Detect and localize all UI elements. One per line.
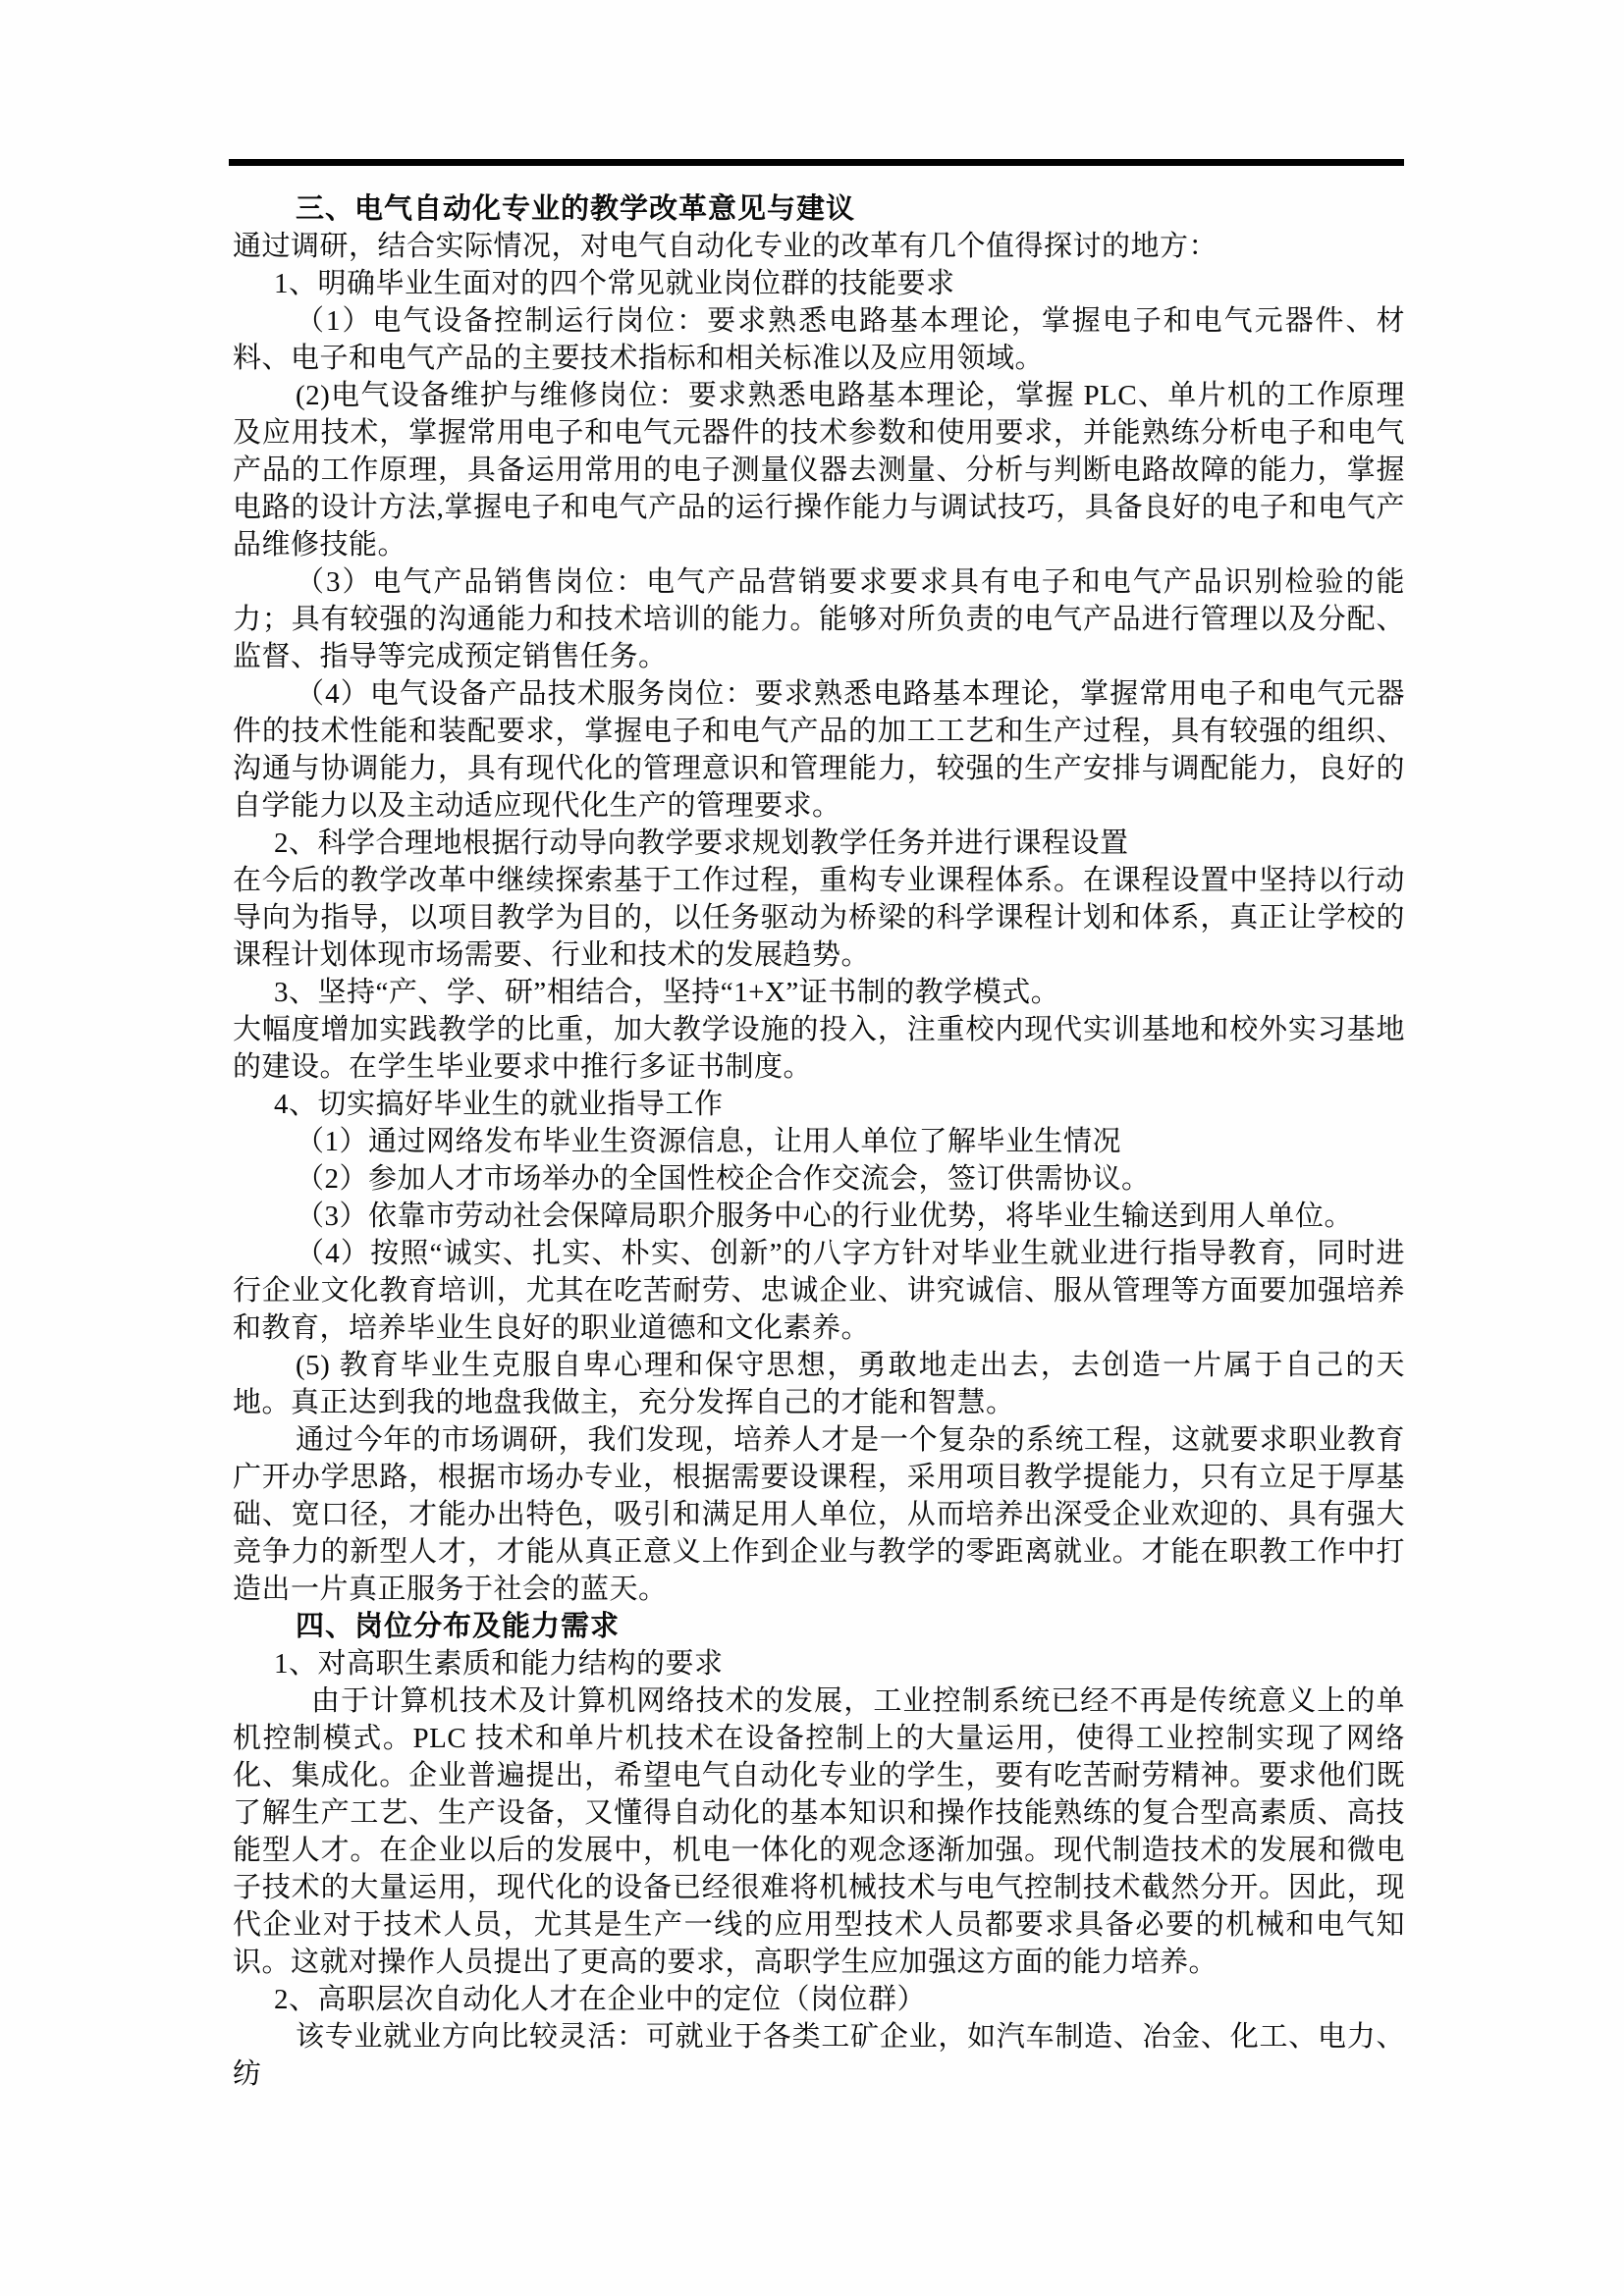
section-3-heading: 三、电气自动化专业的教学改革意见与建议: [233, 190, 1405, 228]
guidance-4-eight-principles: （4）按照“诚实、扎实、朴实、创新”的八字方针对毕业生就业进行指导教育，同时进行…: [233, 1235, 1405, 1347]
paragraph-industrial-control: 由于计算机技术及计算机网络技术的发展，工业控制系统已经不再是传统意义上的单机控制…: [233, 1682, 1405, 1981]
paragraph-employment-fields: 该专业就业方向比较灵活：可就业于各类工矿企业，如汽车制造、冶金、化工、电力、纺: [233, 2018, 1405, 2093]
section-4-heading: 四、岗位分布及能力需求: [233, 1608, 1405, 1645]
post-2-maintenance-repair: (2)电气设备维护与维修岗位：要求熟悉电路基本理论，掌握 PLC、单片机的工作原…: [233, 377, 1405, 563]
item-2-curriculum-planning: 2、科学合理地根据行动导向教学要求规划教学任务并进行课程设置: [233, 825, 1405, 862]
item-2-talent-positioning: 2、高职层次自动化人才在企业中的定位（岗位群）: [233, 1981, 1405, 2018]
paragraph-curriculum-reform: 在今后的教学改革中继续探索基于工作过程，重构专业课程体系。在课程设置中坚持以行动…: [233, 862, 1405, 974]
document-body: 三、电气自动化专业的教学改革意见与建议 通过调研，结合实际情况，对电气自动化专业…: [233, 190, 1405, 2093]
header-rule: [229, 159, 1404, 166]
post-1-control-operation: （1）电气设备控制运行岗位：要求熟悉电路基本理论，掌握电子和电气元器件、材料、电…: [233, 302, 1405, 377]
item-3-certificate-model: 3、坚持“产、学、研”相结合，坚持“1+X”证书制的教学模式。: [233, 974, 1405, 1011]
guidance-2-job-fairs: （2）参加人才市场举办的全国性校企合作交流会，签订供需协议。: [233, 1160, 1405, 1198]
item-4-employment-guidance: 4、切实搞好毕业生的就业指导工作: [233, 1086, 1405, 1123]
item-1-quality-structure: 1、对高职生素质和能力结构的要求: [233, 1645, 1405, 1682]
guidance-3-labor-bureau: （3）依靠市劳动社会保障局职介服务中心的行业优势，将毕业生输送到用人单位。: [233, 1198, 1405, 1235]
document-page: 三、电气自动化专业的教学改革意见与建议 通过调研，结合实际情况，对电气自动化专业…: [0, 0, 1624, 2296]
post-3-product-sales: （3）电气产品销售岗位：电气产品营销要求要求具有电子和电气产品识别检验的能力；具…: [233, 563, 1405, 675]
paragraph-market-research: 通过今年的市场调研，我们发现，培养人才是一个复杂的系统工程，这就要求职业教育广开…: [233, 1421, 1405, 1608]
item-1-skill-requirements: 1、明确毕业生面对的四个常见就业岗位群的技能要求: [233, 265, 1405, 302]
guidance-1-online-info: （1）通过网络发布毕业生资源信息，让用人单位了解毕业生情况: [233, 1123, 1405, 1160]
intro-paragraph: 通过调研，结合实际情况，对电气自动化专业的改革有几个值得探讨的地方：: [233, 228, 1405, 265]
paragraph-practice-teaching: 大幅度增加实践教学的比重，加大教学设施的投入，注重校内现代实训基地和校外实习基地…: [233, 1011, 1405, 1086]
guidance-5-confidence: (5) 教育毕业生克服自卑心理和保守思想，勇敢地走出去，去创造一片属于自己的天地…: [233, 1347, 1405, 1421]
post-4-technical-service: （4）电气设备产品技术服务岗位：要求熟悉电路基本理论，掌握常用电子和电气元器件的…: [233, 675, 1405, 825]
